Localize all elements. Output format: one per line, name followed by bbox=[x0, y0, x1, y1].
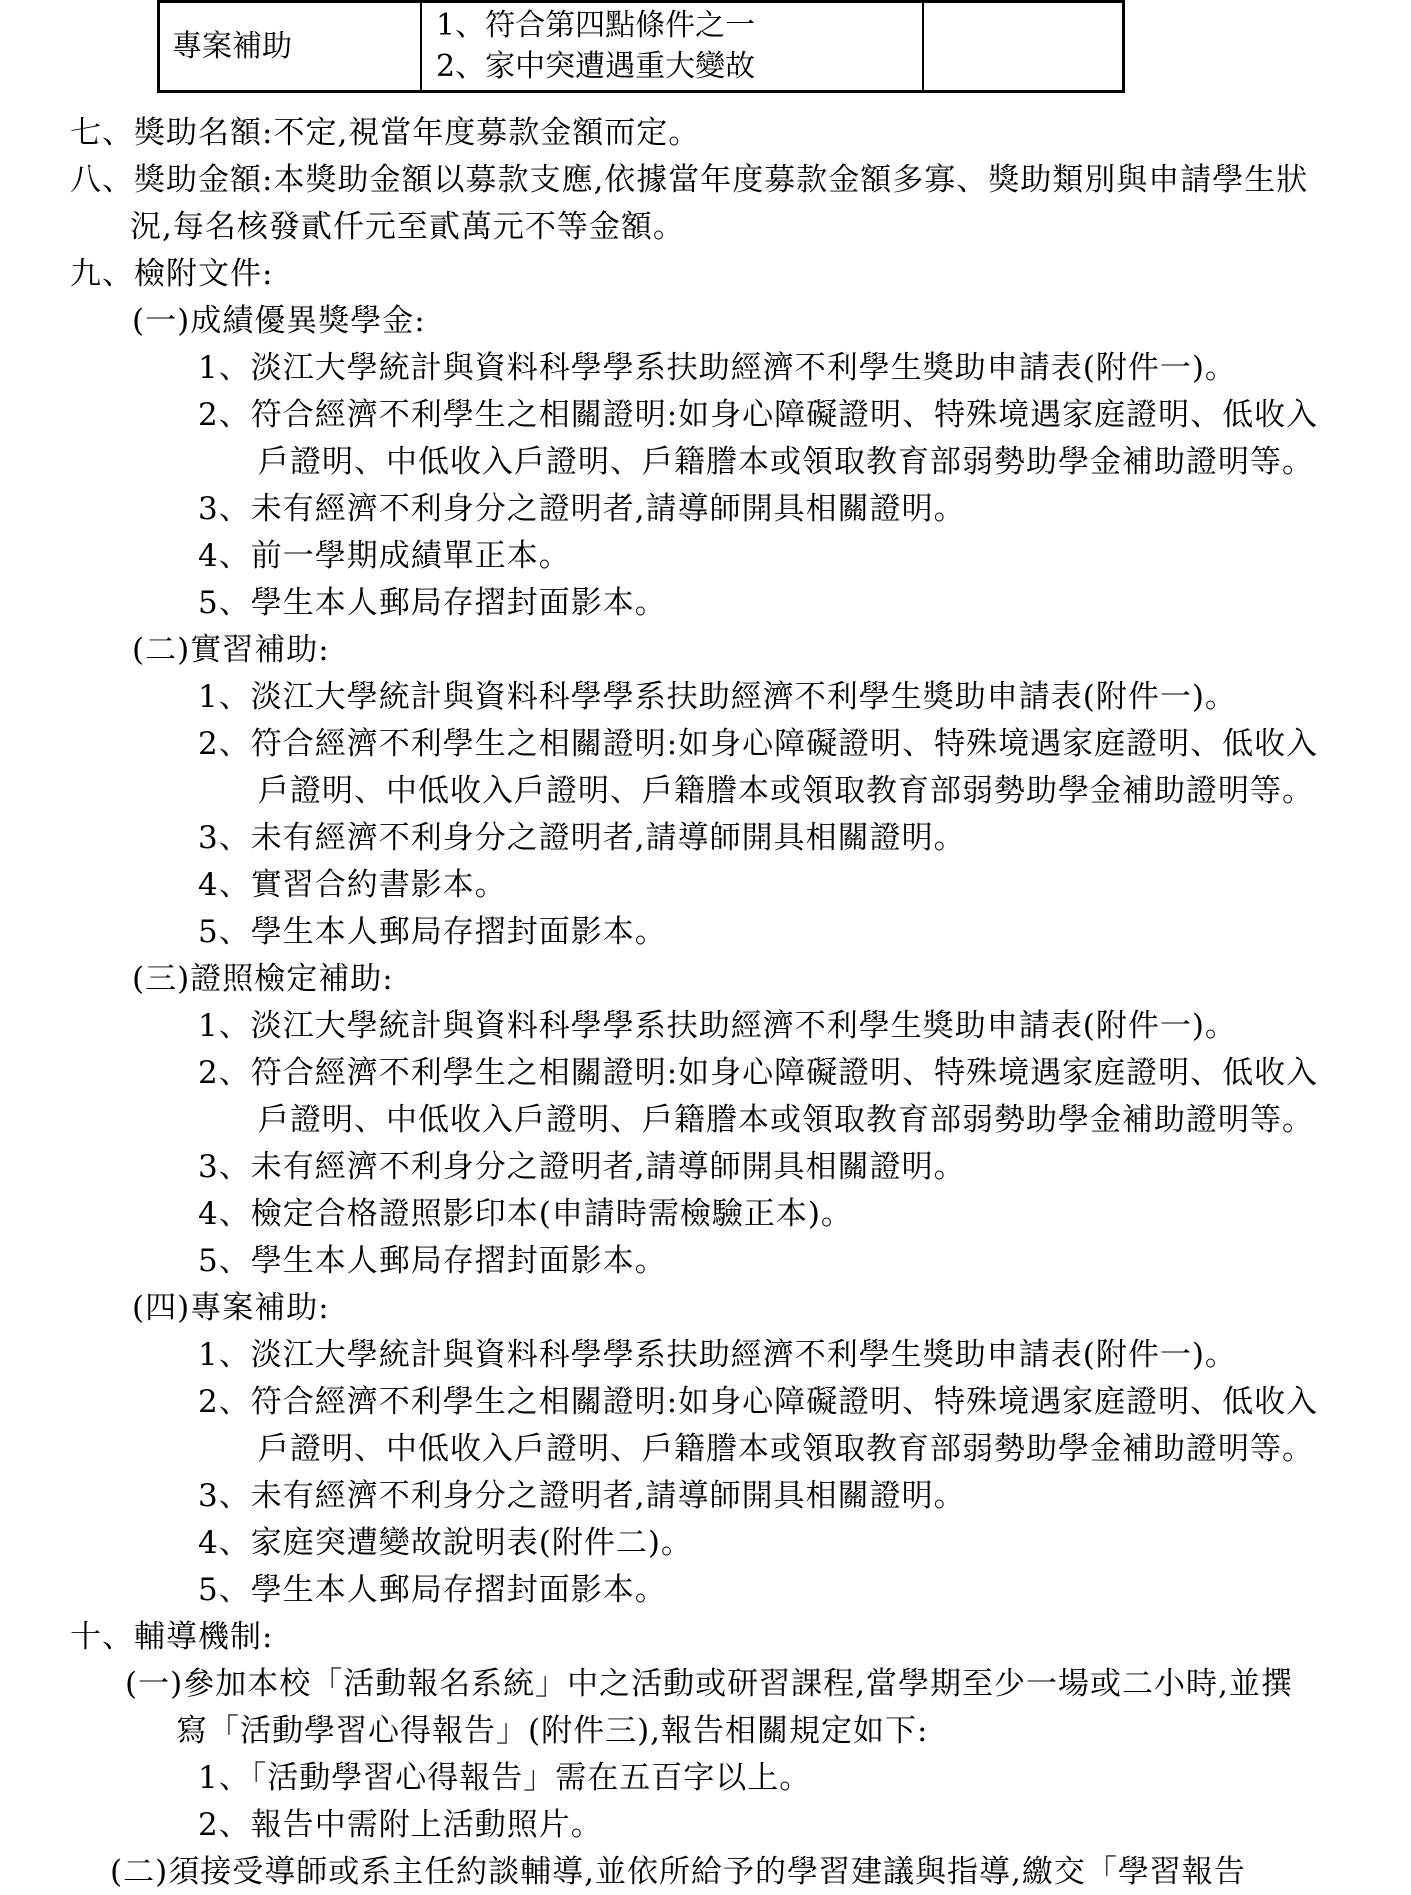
doc-line: 2、符合經濟不利學生之相關證明:如身心障礙證明、特殊境遇家庭證明、低收入 bbox=[70, 392, 1400, 439]
document-body: 七、獎助名額:不定,視當年度募款金額而定。 八、獎助金額:本獎助金額以募款支應,… bbox=[70, 110, 1400, 1895]
doc-line: 1、淡江大學統計與資料科學學系扶助經濟不利學生獎助申請表(附件一)。 bbox=[70, 345, 1400, 392]
doc-line: 3、未有經濟不利身分之證明者,請導師開具相關證明。 bbox=[70, 1144, 1400, 1191]
doc-line: 5、學生本人郵局存摺封面影本。 bbox=[70, 909, 1400, 956]
doc-line: 4、家庭突遭變故說明表(附件二)。 bbox=[70, 1520, 1400, 1567]
table-cell-note-empty bbox=[924, 3, 1122, 90]
doc-line: 2、符合經濟不利學生之相關證明:如身心障礙證明、特殊境遇家庭證明、低收入 bbox=[70, 1379, 1400, 1426]
doc-line: 戶證明、中低收入戶證明、戶籍謄本或領取教育部弱勢助學金補助證明等。 bbox=[70, 439, 1400, 486]
condition-line: 2、家中突遭遇重大變故 bbox=[436, 47, 918, 87]
doc-line: 4、前一學期成績單正本。 bbox=[70, 533, 1400, 580]
condition-line: 1、符合第四點條件之一 bbox=[436, 6, 918, 46]
doc-line: 戶證明、中低收入戶證明、戶籍謄本或領取教育部弱勢助學金補助證明等。 bbox=[70, 768, 1400, 815]
doc-line: 3、未有經濟不利身分之證明者,請導師開具相關證明。 bbox=[70, 815, 1400, 862]
doc-line: (二)須接受導師或系主任約談輔導,並依所給予的學習建議與指導,繳交「學習報告 bbox=[70, 1849, 1400, 1895]
doc-line: 1、淡江大學統計與資料科學學系扶助經濟不利學生獎助申請表(附件一)。 bbox=[70, 1003, 1400, 1050]
doc-line: 戶證明、中低收入戶證明、戶籍謄本或領取教育部弱勢助學金補助證明等。 bbox=[70, 1097, 1400, 1144]
doc-line: 4、實習合約書影本。 bbox=[70, 862, 1400, 909]
doc-line: 3、未有經濟不利身分之證明者,請導師開具相關證明。 bbox=[70, 486, 1400, 533]
section-8-amount-heading: 八、獎助金額:本獎助金額以募款支應,依據當年度募款金額多寡、獎助類別與申請學生狀 bbox=[70, 157, 1400, 204]
subsection-3-certification: (三)證照檢定補助: bbox=[70, 956, 1400, 1003]
doc-line: 2、報告中需附上活動照片。 bbox=[70, 1802, 1400, 1849]
doc-line: 4、檢定合格證照影印本(申請時需檢驗正本)。 bbox=[70, 1191, 1400, 1238]
doc-line: 2、符合經濟不利學生之相關證明:如身心障礙證明、特殊境遇家庭證明、低收入 bbox=[70, 1050, 1400, 1097]
doc-line: 戶證明、中低收入戶證明、戶籍謄本或領取教育部弱勢助學金補助證明等。 bbox=[70, 1426, 1400, 1473]
subsection-2-internship: (二)實習補助: bbox=[70, 627, 1400, 674]
doc-line: 1、「活動學習心得報告」需在五百字以上。 bbox=[70, 1755, 1400, 1802]
doc-line: 1、淡江大學統計與資料科學學系扶助經濟不利學生獎助申請表(附件一)。 bbox=[70, 1332, 1400, 1379]
section-7-quota-heading: 七、獎助名額:不定,視當年度募款金額而定。 bbox=[70, 110, 1400, 157]
doc-line: 5、學生本人郵局存摺封面影本。 bbox=[70, 1567, 1400, 1614]
category-label: 專案補助 bbox=[172, 27, 292, 67]
section-9-documents-heading: 九、檢附文件: bbox=[70, 251, 1400, 298]
doc-line: 況,每名核發貳仟元至貳萬元不等金額。 bbox=[70, 204, 1400, 251]
table-cell-category: 專案補助 bbox=[160, 3, 422, 90]
doc-line: 5、學生本人郵局存摺封面影本。 bbox=[70, 580, 1400, 627]
doc-line: (一)參加本校「活動報名系統」中之活動或研習課程,當學期至少一場或二小時,並撰 bbox=[70, 1661, 1400, 1708]
document-page: 專案補助 1、符合第四點條件之一 2、家中突遭遇重大變故 七、獎助名額:不定,視… bbox=[0, 0, 1411, 1895]
doc-line: 2、符合經濟不利學生之相關證明:如身心障礙證明、特殊境遇家庭證明、低收入 bbox=[70, 721, 1400, 768]
section-10-counseling-heading: 十、輔導機制: bbox=[70, 1614, 1400, 1661]
subsection-1-scholarship: (一)成績優異獎學金: bbox=[70, 298, 1400, 345]
doc-line: 5、學生本人郵局存摺封面影本。 bbox=[70, 1238, 1400, 1285]
doc-line: 寫「活動學習心得報告」(附件三),報告相關規定如下: bbox=[70, 1708, 1400, 1755]
doc-line: 1、淡江大學統計與資料科學學系扶助經濟不利學生獎助申請表(附件一)。 bbox=[70, 674, 1400, 721]
table-cell-conditions: 1、符合第四點條件之一 2、家中突遭遇重大變故 bbox=[422, 3, 924, 90]
subsidy-table: 專案補助 1、符合第四點條件之一 2、家中突遭遇重大變故 bbox=[157, 0, 1125, 93]
subsection-4-special-case: (四)專案補助: bbox=[70, 1285, 1400, 1332]
doc-line: 3、未有經濟不利身分之證明者,請導師開具相關證明。 bbox=[70, 1473, 1400, 1520]
